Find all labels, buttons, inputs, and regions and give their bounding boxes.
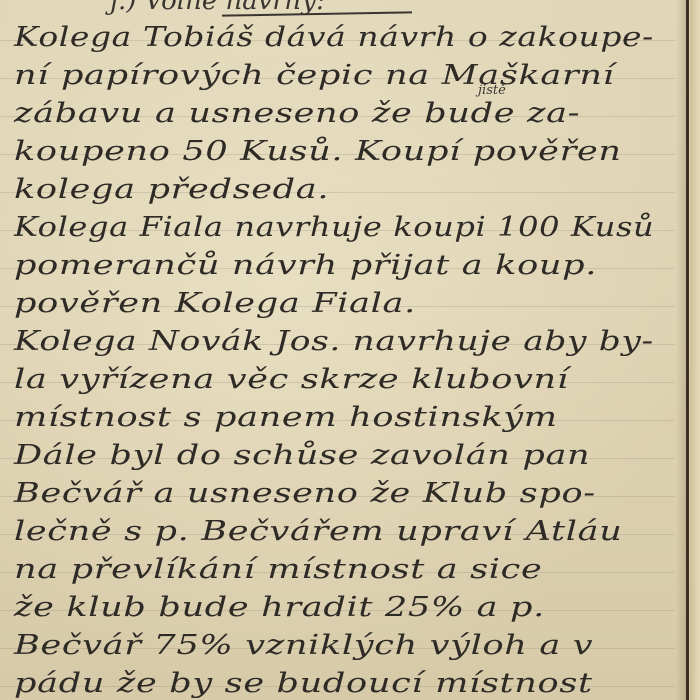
text-line: Kolega Novák Jos. navrhuje aby by- bbox=[14, 326, 654, 357]
text-line: pádu že by se budoucí místnost bbox=[14, 668, 593, 699]
text-line: koupeno 50 Kusů. Koupí pověřen bbox=[14, 136, 622, 167]
text-line: Kolega Tobiáš dává návrh o zakoupe- bbox=[14, 22, 654, 53]
text-line: pověřen Kolega Fiala. bbox=[14, 288, 416, 319]
text-line: kolega předseda. bbox=[14, 174, 329, 205]
text-line: pomerančů návrh přijat a koup. bbox=[14, 250, 597, 281]
text-line: Kolega Fiala navrhuje koupi 100 Kusů bbox=[14, 212, 654, 243]
text-line: Dále byl do schůse zavolán pan bbox=[14, 440, 590, 471]
page-edge bbox=[690, 0, 700, 700]
text-line: Bečvář a usneseno že Klub spo- bbox=[14, 478, 596, 509]
text-line: ní papírových čepic na Maškarní bbox=[14, 60, 615, 91]
text-line: místnost s panem hostinským bbox=[14, 402, 558, 433]
text-line: na převlíkání místnost a sice bbox=[14, 554, 542, 585]
text-line: zábavu a usneseno že bude za- bbox=[14, 98, 580, 129]
text-line: lečně s p. Bečvářem upraví Atláu bbox=[14, 516, 623, 547]
text-line: že klub bude hradit 25% a p. bbox=[14, 592, 545, 623]
text-line: Bečvář 75% vzniklých výloh a v bbox=[14, 630, 593, 661]
binding-shadow bbox=[676, 0, 686, 700]
notebook-page: j.) Volné návrhy: jistě Kolega Tobiáš dá… bbox=[0, 0, 700, 700]
notebook-binding bbox=[686, 0, 689, 700]
text-line: la vyřízena věc skrze klubovní bbox=[14, 364, 569, 395]
